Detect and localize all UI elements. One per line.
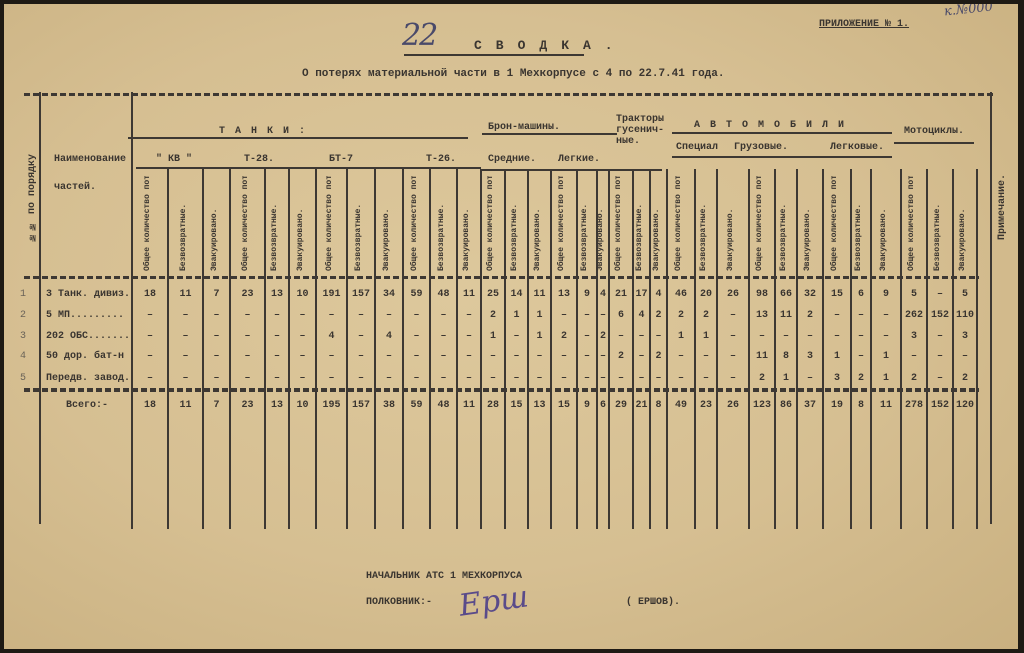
column-header: Эвакуировано. [462, 176, 472, 271]
table-cell: – [551, 373, 577, 384]
table-cell: 4 [597, 289, 609, 300]
totals-cell: 10 [289, 400, 316, 411]
table-cell: – [375, 310, 403, 321]
tractors-label: Тракторы гусенич-ные. [616, 114, 672, 147]
table-cell: – [457, 373, 481, 384]
column-rule [666, 169, 668, 529]
table-cell: 2 [650, 310, 667, 321]
table-cell: 8 [775, 351, 797, 362]
column-header: Эвакуировано. [296, 176, 306, 271]
bt7-label: БТ-7 [329, 154, 353, 165]
column-rule [926, 169, 928, 529]
table-cell: – [289, 310, 316, 321]
totals-cell: 23 [695, 400, 717, 411]
column-header: Безвозвратные. [854, 176, 864, 271]
column-header: Безвозвратные. [933, 176, 943, 271]
totals-cell: 49 [667, 400, 695, 411]
table-cell: 1 [505, 310, 528, 321]
table-cell: – [633, 373, 650, 384]
table-cell: – [168, 331, 203, 342]
cars-special-label: Специал [676, 142, 718, 153]
row-unit-name: 202 ОБС....... [46, 331, 130, 342]
row-unit-name: 5 МП......... [46, 310, 124, 321]
table-cell: – [203, 373, 230, 384]
totals-cell: 38 [375, 400, 403, 411]
column-rule [748, 169, 750, 529]
table-cell: 2 [953, 373, 977, 384]
column-rule [976, 169, 978, 529]
cars-light-label: Легковые. [830, 142, 884, 153]
column-rule [774, 169, 776, 529]
table-cell: – [457, 331, 481, 342]
table-cell: 1 [871, 351, 901, 362]
table-cell: – [316, 351, 347, 362]
column-rule [229, 169, 231, 529]
table-cell: 59 [403, 289, 430, 300]
column-header: Эвакуировано. [652, 176, 662, 271]
totals-cell: 8 [851, 400, 871, 411]
column-header: Эвакуировано. [596, 176, 606, 271]
table-cell: – [667, 373, 695, 384]
row-number: 1 [20, 289, 26, 300]
table-cell: 26 [717, 289, 749, 300]
column-rule [952, 169, 954, 529]
footer-position: НАЧАЛЬНИК АТС 1 МЕХКОРПУСА [366, 571, 522, 582]
column-header: Безвозвратные. [437, 176, 447, 271]
row-number: 4 [20, 351, 26, 362]
totals-cell: 195 [316, 400, 347, 411]
unit-header-line2: частей. [54, 182, 96, 193]
table-cell: 2 [851, 373, 871, 384]
table-cell: – [347, 331, 375, 342]
table-cell: – [717, 310, 749, 321]
table-cell: 18 [132, 289, 168, 300]
column-header: Общее количество потерь. [486, 176, 496, 271]
table-cell: 15 [823, 289, 851, 300]
totals-cell: 6 [597, 400, 609, 411]
table-cell: 1 [528, 310, 551, 321]
table-cell: – [230, 331, 265, 342]
totals-cell: 48 [430, 400, 457, 411]
column-rule [550, 169, 552, 529]
totals-cell: 86 [775, 400, 797, 411]
column-header: Эвакуировано. [958, 176, 968, 271]
document-subtitle: О потерях материальной части в 1 Мехкорп… [302, 68, 724, 80]
table-cell: – [609, 373, 633, 384]
column-rule [608, 169, 610, 529]
table-cell: – [265, 351, 289, 362]
table-cell: 1 [667, 331, 695, 342]
notes-column-rule [990, 92, 992, 524]
totals-cell: 11 [871, 400, 901, 411]
cars-group-rule [672, 132, 892, 134]
footer-rank: ПОЛКОВНИК:- [366, 597, 432, 608]
column-rule [900, 169, 902, 529]
table-cell: – [168, 373, 203, 384]
table-cell: 11 [168, 289, 203, 300]
column-header: Безвозвратные. [699, 176, 709, 271]
totals-cell: 26 [717, 400, 749, 411]
table-cell: 3 [901, 331, 927, 342]
table-cell: 21 [609, 289, 633, 300]
table-cell: – [695, 373, 717, 384]
table-cell: 2 [650, 351, 667, 362]
t26-label: Т-26. [426, 154, 456, 165]
table-cell: 9 [577, 289, 597, 300]
document-title: СВОДКА. [474, 38, 627, 53]
table-cell: – [953, 351, 977, 362]
table-cell: 1 [695, 331, 717, 342]
column-rule [374, 169, 376, 529]
column-header: Общее количество потерь. [241, 176, 251, 271]
column-rule [504, 169, 506, 529]
totals-cell: 29 [609, 400, 633, 411]
table-cell: – [551, 351, 577, 362]
totals-cell: 8 [650, 400, 667, 411]
table-cell: 14 [505, 289, 528, 300]
table-cell: – [717, 373, 749, 384]
column-header: Безвозвратные. [510, 176, 520, 271]
table-cell: – [927, 351, 953, 362]
table-cell: – [927, 331, 953, 342]
table-cell: 48 [430, 289, 457, 300]
table-cell: 32 [797, 289, 823, 300]
table-cell: 1 [481, 331, 505, 342]
table-cell: 20 [695, 289, 717, 300]
table-cell: – [481, 373, 505, 384]
column-header: Общее количество потерь. [755, 176, 765, 271]
t28-label: Т-28. [244, 154, 274, 165]
table-cell: – [633, 351, 650, 362]
table-cell: – [289, 373, 316, 384]
cars-group-label: АВТОМОБИЛИ [694, 120, 854, 131]
column-rule [527, 169, 529, 529]
moto-group-rule [894, 142, 974, 144]
column-header: Безвозвратные. [354, 176, 364, 271]
totals-cell: 120 [953, 400, 977, 411]
table-cell: – [695, 351, 717, 362]
column-rule [649, 169, 651, 529]
table-cell: – [168, 310, 203, 321]
table-cell: 6 [609, 310, 633, 321]
column-rule [576, 169, 578, 529]
table-cell: 17 [633, 289, 650, 300]
table-cell: – [577, 373, 597, 384]
kv-label: " КВ " [156, 154, 192, 165]
document-page: к.№000 ПРИЛОЖЕНИЕ № 1. 22 СВОДКА. О поте… [4, 4, 1018, 649]
row-number: 5 [20, 373, 26, 384]
table-cell: 4 [650, 289, 667, 300]
table-cell: – [927, 373, 953, 384]
table-cell: 11 [528, 289, 551, 300]
armored-group-label: Брон-машины. [488, 122, 560, 133]
table-cell: 2 [695, 310, 717, 321]
row-number-column-rule [39, 92, 41, 524]
table-cell: – [871, 310, 901, 321]
table-cell: – [403, 351, 430, 362]
table-cell: 2 [901, 373, 927, 384]
column-rule [456, 169, 458, 529]
column-rule [202, 169, 204, 529]
table-cell: – [528, 373, 551, 384]
table-cell: 4 [633, 310, 650, 321]
table-cell: – [316, 373, 347, 384]
row-number: 3 [20, 331, 26, 342]
totals-cell: 13 [265, 400, 289, 411]
column-header: Общее количество потерь. [830, 176, 840, 271]
column-header: Общее количество потерь. [143, 176, 153, 271]
table-cell: 13 [749, 310, 775, 321]
row-unit-name: 3 Танк. дивиз. [46, 289, 130, 300]
table-cell: – [132, 373, 168, 384]
table-cell: – [717, 351, 749, 362]
column-rule [870, 169, 872, 529]
table-cell: 98 [749, 289, 775, 300]
table-cell: 11 [775, 310, 797, 321]
row-number: 2 [20, 310, 26, 321]
moto-group-label: Мотоциклы. [904, 126, 964, 137]
table-cell: – [597, 373, 609, 384]
column-header: Безвозвратные. [779, 176, 789, 271]
table-cell: 3 [823, 373, 851, 384]
table-cell: – [132, 351, 168, 362]
table-cell: – [430, 310, 457, 321]
table-cell: – [823, 310, 851, 321]
totals-cell: 15 [505, 400, 528, 411]
table-cell: – [823, 331, 851, 342]
table-cell: – [347, 351, 375, 362]
armored-medium-label: Средние. [488, 154, 536, 165]
column-header: Общее количество потерь. [674, 176, 684, 271]
column-header: Эвакуировано. [210, 176, 220, 271]
table-cell: – [403, 331, 430, 342]
footer-name: ( ЕРШОВ). [626, 597, 680, 608]
table-cell: 2 [481, 310, 505, 321]
table-cell: – [265, 310, 289, 321]
totals-cell: 13 [528, 400, 551, 411]
table-cell: – [403, 373, 430, 384]
column-rule [850, 169, 852, 529]
column-rule [480, 169, 482, 529]
totals-cell: 21 [633, 400, 650, 411]
table-cell: 1 [871, 373, 901, 384]
notes-header: Примечание. [998, 174, 1008, 240]
table-cell: – [347, 373, 375, 384]
table-cell: 1 [823, 351, 851, 362]
table-top-rule [24, 93, 994, 96]
table-cell: 13 [551, 289, 577, 300]
column-rule [632, 169, 634, 529]
column-header: Эвакуировано. [803, 176, 813, 271]
column-header: Эвакуировано. [879, 176, 889, 271]
armored-light-label: Легкие. [558, 154, 600, 165]
table-cell: 2 [667, 310, 695, 321]
table-cell: 4 [375, 331, 403, 342]
totals-cell: 278 [901, 400, 927, 411]
column-rule [402, 169, 404, 529]
totals-cell: 15 [551, 400, 577, 411]
table-cell: – [481, 351, 505, 362]
handwritten-number: 22 [402, 18, 436, 53]
table-cell: – [168, 351, 203, 362]
table-cell: – [775, 331, 797, 342]
row-number-header: №№ по порядку [28, 154, 38, 242]
totals-cell: 7 [203, 400, 230, 411]
table-cell: – [230, 373, 265, 384]
table-cell: – [132, 310, 168, 321]
table-cell: 66 [775, 289, 797, 300]
tanks-group-rule [128, 137, 468, 139]
table-cell: 46 [667, 289, 695, 300]
table-cell: – [551, 310, 577, 321]
table-cell: – [203, 310, 230, 321]
table-cell: – [667, 351, 695, 362]
table-cell: – [403, 310, 430, 321]
column-header: Безвозвратные. [580, 176, 590, 271]
table-cell: – [505, 373, 528, 384]
table-cell: 2 [597, 331, 609, 342]
table-cell: – [230, 310, 265, 321]
table-cell: 25 [481, 289, 505, 300]
table-cell: 10 [289, 289, 316, 300]
table-cell: – [203, 331, 230, 342]
column-rule [716, 169, 718, 529]
table-cell: – [749, 331, 775, 342]
totals-cell: 59 [403, 400, 430, 411]
totals-cell: 152 [927, 400, 953, 411]
table-cell: 6 [851, 289, 871, 300]
table-cell: 1 [528, 331, 551, 342]
totals-cell: 18 [132, 400, 168, 411]
totals-cell: 11 [457, 400, 481, 411]
table-cell: – [430, 373, 457, 384]
table-cell: – [851, 351, 871, 362]
table-cell: 2 [551, 331, 577, 342]
column-header: Безвозвратные. [270, 176, 280, 271]
column-rule [288, 169, 290, 529]
table-cell: 191 [316, 289, 347, 300]
table-cell: – [851, 331, 871, 342]
column-header: Безвозвратные. [635, 176, 645, 271]
table-cell: – [577, 310, 597, 321]
table-cell: – [577, 351, 597, 362]
table-cell: – [505, 331, 528, 342]
table-cell: 5 [901, 289, 927, 300]
table-cell: – [597, 351, 609, 362]
appendix-label: ПРИЛОЖЕНИЕ № 1. [819, 19, 909, 30]
table-cell: – [265, 373, 289, 384]
unit-header-line1: Наименование [54, 154, 126, 165]
table-cell: 13 [265, 289, 289, 300]
table-cell: – [901, 351, 927, 362]
table-cell: – [203, 351, 230, 362]
table-cell: 1 [775, 373, 797, 384]
table-cell: 2 [609, 351, 633, 362]
table-cell: – [528, 351, 551, 362]
table-cell: – [717, 331, 749, 342]
column-rule [796, 169, 798, 529]
table-cell: – [457, 310, 481, 321]
table-cell: – [650, 373, 667, 384]
column-header: Эвакуировано. [382, 176, 392, 271]
table-cell: – [650, 331, 667, 342]
table-cell: – [505, 351, 528, 362]
table-cell: – [797, 373, 823, 384]
table-cell: 3 [797, 351, 823, 362]
column-rule [264, 169, 266, 529]
column-rule [315, 169, 317, 529]
armored-sub-rule [482, 169, 662, 171]
archive-mark: к.№000 [943, 4, 993, 20]
table-cell: 5 [953, 289, 977, 300]
column-rule [429, 169, 431, 529]
table-cell: 34 [375, 289, 403, 300]
totals-cell: 19 [823, 400, 851, 411]
table-cell: 11 [749, 351, 775, 362]
table-cell: 11 [457, 289, 481, 300]
signature: Ерш [457, 579, 531, 623]
table-cell: 4 [316, 331, 347, 342]
column-rule [822, 169, 824, 529]
column-header: Эвакуировано. [726, 176, 736, 271]
column-header: Общее количество потерь. [614, 176, 624, 271]
totals-cell: 11 [168, 400, 203, 411]
column-header: Общее количество потерь. [907, 176, 917, 271]
column-rule [346, 169, 348, 529]
column-header: Общее количество потерь. [410, 176, 420, 271]
table-cell: 3 [953, 331, 977, 342]
column-header: Эвакуировано. [533, 176, 543, 271]
table-cell: – [577, 331, 597, 342]
table-cell: – [457, 351, 481, 362]
totals-cell: 123 [749, 400, 775, 411]
table-cell: 110 [953, 310, 977, 321]
tanks-group-label: ТАНКИ: [219, 126, 315, 137]
column-rule [694, 169, 696, 529]
totals-cell: 28 [481, 400, 505, 411]
table-cell: – [289, 351, 316, 362]
table-cell: 2 [797, 310, 823, 321]
table-cell: – [265, 331, 289, 342]
table-cell: – [230, 351, 265, 362]
totals-cell: 157 [347, 400, 375, 411]
table-cell: – [375, 373, 403, 384]
table-cell: 2 [749, 373, 775, 384]
table-cell: – [797, 331, 823, 342]
totals-cell: 37 [797, 400, 823, 411]
table-cell: 262 [901, 310, 927, 321]
table-cell: – [347, 310, 375, 321]
table-cell: 9 [871, 289, 901, 300]
column-header: Безвозвратные. [179, 176, 189, 271]
table-cell: – [430, 351, 457, 362]
table-cell: 23 [230, 289, 265, 300]
table-cell: – [597, 310, 609, 321]
table-cell: – [289, 331, 316, 342]
totals-cell: 23 [230, 400, 265, 411]
table-cell: – [375, 351, 403, 362]
totals-cell: 9 [577, 400, 597, 411]
armored-group-rule [482, 133, 617, 135]
table-cell: – [851, 310, 871, 321]
table-cell: 157 [347, 289, 375, 300]
table-cell: – [871, 331, 901, 342]
table-cell: – [430, 331, 457, 342]
cars-sub-rule [672, 156, 892, 158]
table-cell: – [132, 331, 168, 342]
column-header: Общее количество потерь. [325, 176, 335, 271]
table-cell: 152 [927, 310, 953, 321]
